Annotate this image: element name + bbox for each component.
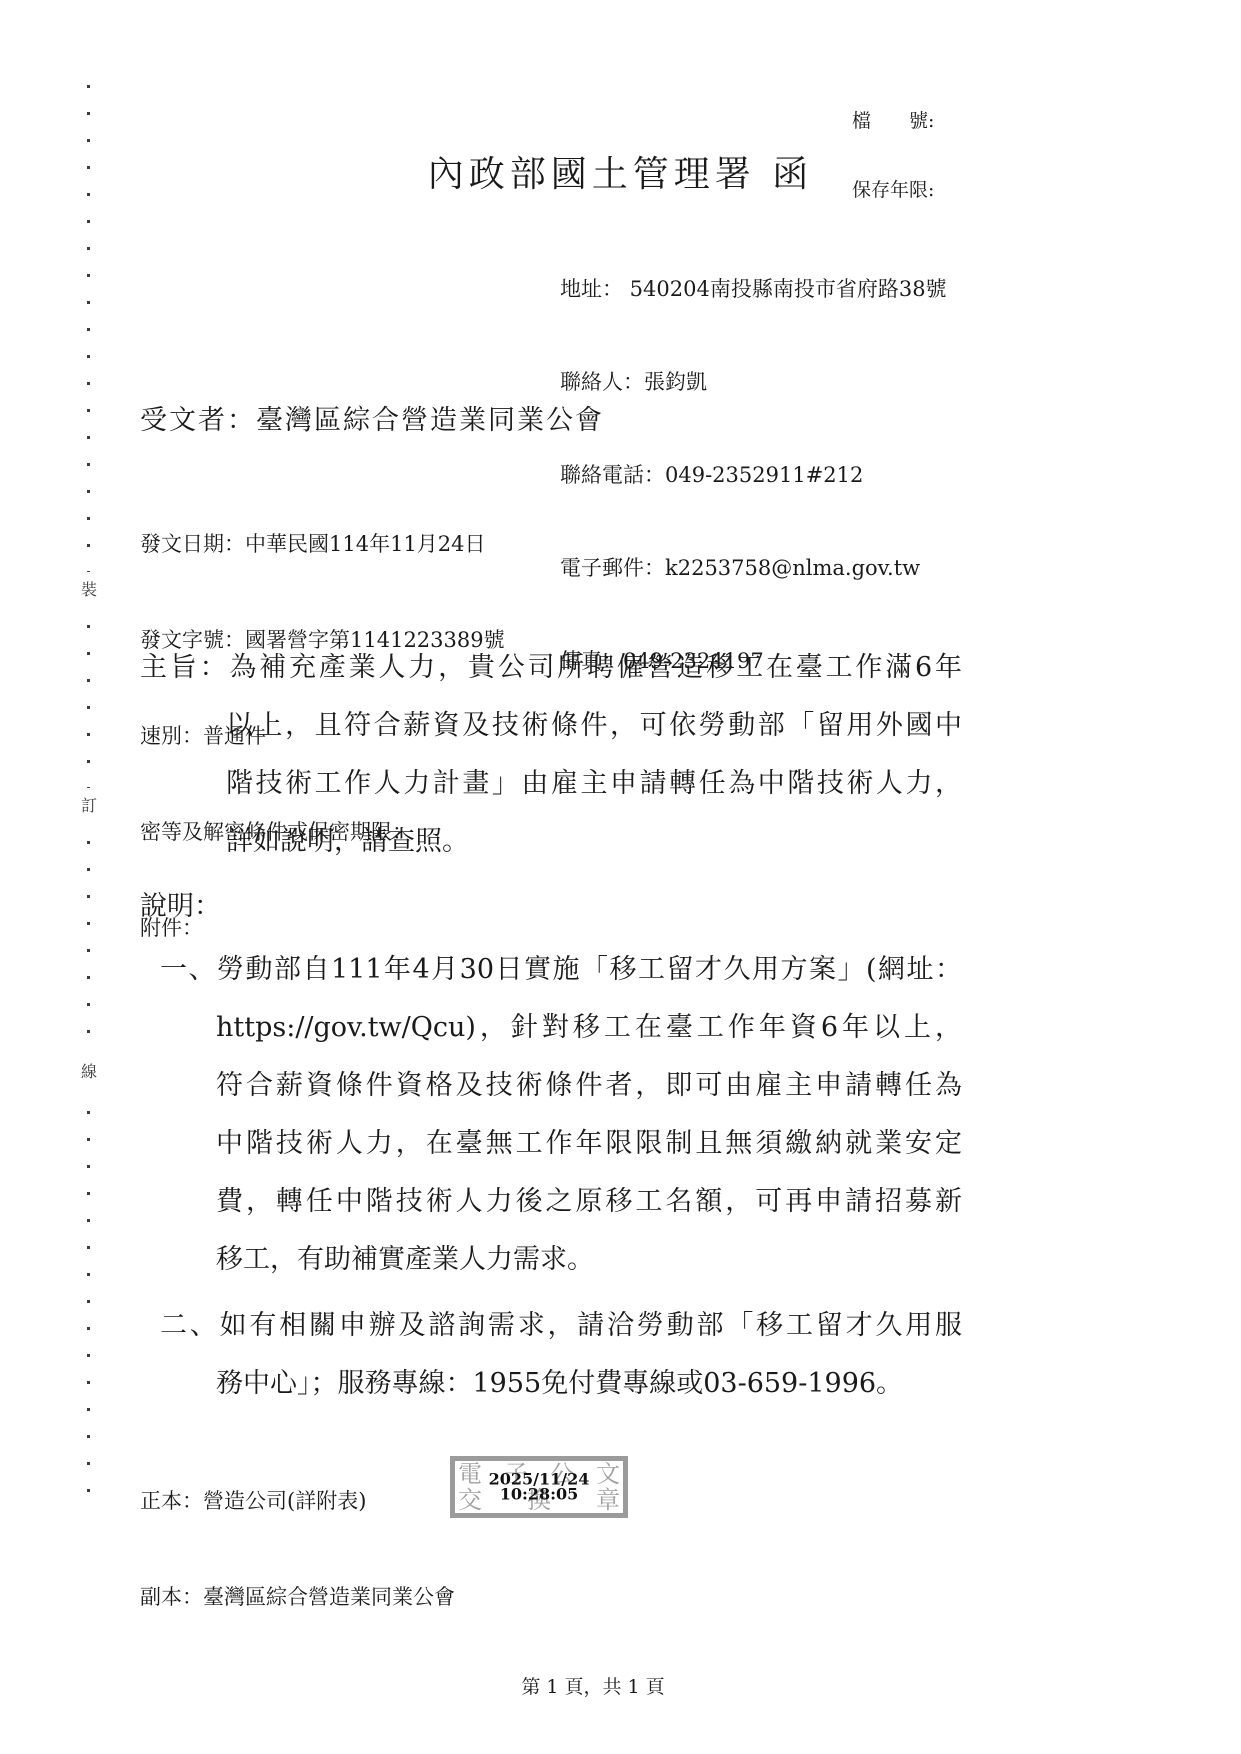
item-line: 一、勞動部自111年4月30日實施「移工留才久用方案」(網址： (160, 941, 962, 999)
item-line: 符合薪資條件資格及技術條件者，即可由雇主申請轉任為 (216, 1057, 962, 1115)
subject-line: 階技術工作人力計畫」由雇主申請轉任為中階技術人力， (226, 755, 962, 813)
binding-mark-zhuang: 裝 (80, 572, 98, 605)
sender-phone: 聯絡電話：049-2352911#212 (560, 460, 947, 491)
item-line: 務中心」；服務專線：1955免付費專線或03-659-1996。 (216, 1355, 903, 1413)
subject-line: 主旨：為補充產業人力，貴公司所聘僱營造移工在臺工作滿6年 (140, 639, 962, 697)
page-number-footer: 第 1 頁，共 1 頁 (0, 1672, 1186, 1699)
stamp-time-value: 10:28:05 (455, 1486, 623, 1501)
stamp-timestamp: 2025/11/24 10:28:05 (455, 1471, 623, 1501)
item-line: 中階技術人力，在臺無工作年限限制且無須繳納就業安定 (216, 1115, 962, 1173)
document-title: 內政部國土管理署 函 (0, 146, 1241, 197)
official-letter-page: 裝 訂 線 檔 號: 保存年限: 內政部國土管理署 函 地址： 540204南投… (0, 0, 1241, 1754)
item-line: 二、如有相關申辦及諮詢需求，請洽勞動部「移工留才久用服 (160, 1297, 962, 1355)
subject-paragraph: 主旨：為補充產業人力，貴公司所聘僱營造移工在臺工作滿6年 以上，且符合薪資及技術… (0, 639, 1241, 871)
cc-copy-line: 副本：臺灣區綜合營造業同業公會 (140, 1581, 455, 1613)
item-line: 移工，有助補實產業人力需求。 (216, 1231, 594, 1289)
recipient-line: 受文者：臺灣區綜合營造業同業公會 (140, 398, 604, 437)
copies-block: 正本：營造公司(詳附表) 副本：臺灣區綜合營造業同業公會 (140, 1421, 455, 1677)
sender-address: 地址： 540204南投縣南投市省府路38號 (560, 274, 947, 305)
binding-mark-ding: 訂 (80, 788, 98, 821)
sender-email: 電子郵件：k2253758@nlma.gov.tw (560, 553, 947, 584)
item-line: 費，轉任中階技術人力後之原移工名額，可再申請招募新 (216, 1173, 962, 1231)
issue-date-line: 發文日期：中華民國114年11月24日 (140, 528, 505, 560)
sender-contact-person: 聯絡人：張鈞凱 (560, 367, 947, 398)
file-number-label: 檔 號: (852, 110, 934, 133)
item-line: https://gov.tw/Qcu)，針對移工在臺工作年資6年以上， (216, 999, 962, 1057)
explanation-item-2: 二、如有相關申辦及諮詢需求，請洽勞動部「移工留才久用服 務中心」；服務專線：19… (0, 1297, 1241, 1413)
explanation-item-1: 一、勞動部自111年4月30日實施「移工留才久用方案」(網址： https://… (0, 941, 1241, 1289)
original-copy-line: 正本：營造公司(詳附表) (140, 1485, 455, 1517)
binding-mark-xian: 線 (80, 1054, 98, 1087)
explanation-heading: 說明： (140, 884, 221, 923)
subject-line: 詳如說明，請查照。 (226, 813, 469, 871)
e-document-exchange-stamp: 電子公文 交換章 2025/11/24 10:28:05 (450, 1456, 628, 1518)
subject-line: 以上，且符合薪資及技術條件，可依勞動部「留用外國中 (226, 697, 962, 755)
